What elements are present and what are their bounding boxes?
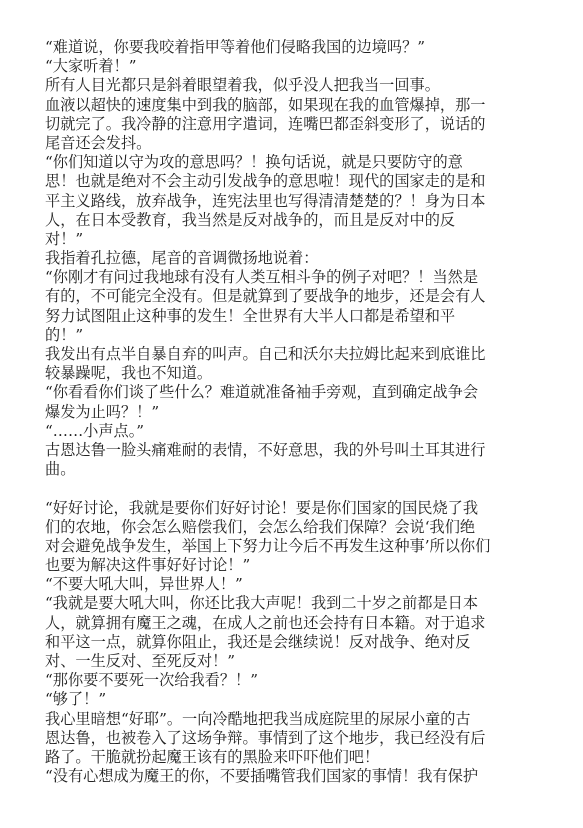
- text-line: 恩达鲁，也被卷入了这场争辩。事情到了这个地步，我已经没有后: [45, 729, 485, 748]
- text-line: 尾音还会发抖。: [45, 134, 485, 153]
- text-line: 平主义路线，放弃战争，连宪法里也写得清清楚楚的？！身为日本: [45, 192, 485, 211]
- text-line: 人，就算拥有魔王之魂，在成人之前也还会持有日本籍。对于追求: [45, 614, 485, 633]
- text-line: 和平这一点，就算你阻止，我还是会继续说！反对战争、绝对反: [45, 633, 485, 652]
- text-line: “够了！”: [45, 690, 485, 709]
- text-line: “你看看你们谈了些什么？难道就准备袖手旁观，直到确定战争会: [45, 383, 485, 402]
- text-line: “你刚才有问过我地球有没有人类互相斗争的例子对吧？！当然是: [45, 268, 485, 287]
- text-line: 古恩达鲁一脸头痛难耐的表情，不好意思，我的外号叫土耳其进行: [45, 441, 485, 460]
- text-line: 对、一生反对、至死反对！”: [45, 652, 485, 671]
- text-line: “难道说，你要我咬着指甲等着他们侵略我国的边境吗？”: [45, 38, 485, 57]
- text-line: 努力试图阻止这种事的发生！全世界有大半人口都是希望和平: [45, 307, 485, 326]
- text-line: “不要大吼大叫，异世界人！”: [45, 575, 485, 594]
- text-line: 也要为解决这件事好好讨论！”: [45, 556, 485, 575]
- text-line: “你们知道以守为攻的意思吗？！换句话说，就是只要防守的意: [45, 153, 485, 172]
- text-line: “大家听着！”: [45, 57, 485, 76]
- text-line: 我心里暗想“好耶”。一向冷酷地把我当成庭院里的尿尿小童的古: [45, 710, 485, 729]
- text-line: 人，在日本受教育，我当然是反对战争的，而且是反对中的反: [45, 211, 485, 230]
- paragraph-break: [45, 479, 485, 498]
- text-line: 有的，不可能完全没有。但是就算到了要战争的地步，还是会有人: [45, 287, 485, 306]
- text-line: “我就是要大吼大叫，你还比我大声呢！我到二十岁之前都是日本: [45, 594, 485, 613]
- text-line: “……小声点。”: [45, 422, 485, 441]
- text-line: 较暴躁呢，我也不知道。: [45, 364, 485, 383]
- text-line: 曲。: [45, 460, 485, 479]
- text-line: 爆发为止吗？！”: [45, 403, 485, 422]
- text-line: “那你要不要死一次给我看？！”: [45, 671, 485, 690]
- text-line: “没有心想成为魔王的你，不要插嘴管我们国家的事情！我有保护: [45, 767, 485, 786]
- text-line: 所有人目光都只是斜着眼望着我，似乎没人把我当一回事。: [45, 76, 485, 95]
- text-line: 对！”: [45, 230, 485, 249]
- text-line: 们的农地，你会怎么赔偿我们，会怎么给我们保障？会说‘我们绝: [45, 518, 485, 537]
- text-line: “好好讨论，我就是要你们好好讨论！要是你们国家的国民烧了我: [45, 499, 485, 518]
- text-line: 我指着孔拉德，尾音的音调微扬地说着：: [45, 249, 485, 268]
- document-body: “难道说，你要我咬着指甲等着他们侵略我国的边境吗？” “大家听着！” 所有人目光…: [45, 38, 485, 786]
- text-line: 路了。干脆就扮起魔王该有的黑脸来吓吓他们吧！: [45, 748, 485, 767]
- text-line: 对会避免战争发生，举国上下努力让今后不再发生这种事’所以你们: [45, 537, 485, 556]
- text-line: 的！”: [45, 326, 485, 345]
- text-line: 思！也就是绝对不会主动引发战争的意思啦！现代的国家走的是和: [45, 172, 485, 191]
- text-line: 我发出有点半自暴自弃的叫声。自己和沃尔夫拉姆比起来到底谁比: [45, 345, 485, 364]
- text-line: 血液以超快的速度集中到我的脑部，如果现在我的血管爆掉，那一: [45, 96, 485, 115]
- text-line: 切就完了。我冷静的注意用字遣词，连嘴巴都歪斜变形了，说话的: [45, 115, 485, 134]
